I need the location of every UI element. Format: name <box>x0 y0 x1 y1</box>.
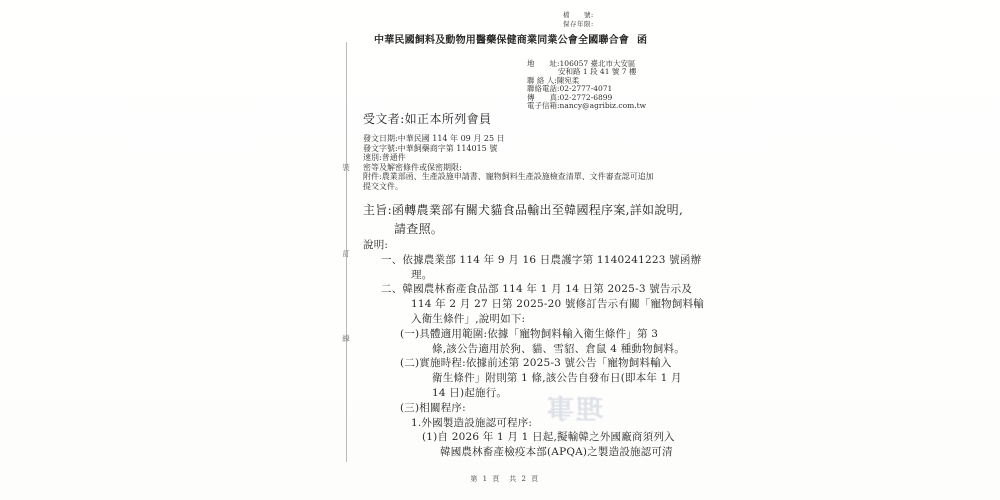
file-number-block: 檔 號: 保存年限: <box>563 11 594 28</box>
body-line: 衛生條件」附則第 1 條,該公告自發布日(即本年 1 月 <box>432 371 704 386</box>
body-line: (1)自 2026 年 1 月 1 日起,擬輸韓之外國廠商須列入 <box>422 430 704 445</box>
body-line: 入衛生條件」,說明如下: <box>411 312 704 327</box>
body-line: 理。 <box>411 268 704 283</box>
document-type: 函 <box>637 35 647 46</box>
meta-line: 發文日期:中華民國 114 年 09 月 25 日 <box>363 134 654 144</box>
binding-mark-ding: 訂 <box>340 248 352 259</box>
subject-block: 主旨:函轉農業部有關犬貓食品輸出至韓國程序案,詳如說明, 請查照。 <box>363 201 683 239</box>
ink-bleedthrough-text: 理事 <box>545 388 603 427</box>
document-meta-block: 發文日期:中華民國 114 年 09 月 25 日發文字號:中華飼藥商字第 11… <box>363 134 654 192</box>
body-line: (二)實施時程:依據前述第 2025-3 號公告「寵物飼料輸入 <box>400 356 704 371</box>
document-title: 中華民國飼料及動物用醫藥保健商業同業公會全國聯合會函 <box>374 31 634 46</box>
meta-line: 發文字號:中華飼藥商字第 114015 號 <box>363 144 654 154</box>
file-number-label: 檔 號: <box>563 11 594 20</box>
meta-line: 密等及解密條件或保密期限: <box>363 163 654 173</box>
meta-line: 速別:普通件 <box>363 153 654 163</box>
explanation-body: 說明:一、依據農業部 114 年 9 月 16 日農護字第 1140241223… <box>363 238 704 460</box>
meta-line: 提交文件。 <box>363 182 654 192</box>
body-line: 二、韓國農林畜產食品部 114 年 1 月 14 日第 2025-3 號告示及 <box>381 282 704 297</box>
body-line: 說明: <box>363 238 704 253</box>
body-line: 條,該公告適用於狗、貓、雪貂、倉鼠 4 種動物飼料。 <box>432 342 704 357</box>
subject-line: 主旨:函轉農業部有關犬貓食品輸出至韓國程序案,詳如說明, <box>363 201 683 220</box>
subject-continuation: 請查照。 <box>394 220 683 239</box>
body-line: 一、依據農業部 114 年 9 月 16 日農護字第 1140241223 號函… <box>381 253 704 268</box>
contact-line: 電子信箱:nancy@agribiz.com.tw <box>527 102 646 110</box>
binding-mark-zhuang: 裝 <box>340 162 352 173</box>
body-line: 114 年 2 月 27 日第 2025-20 號修訂告示有關「寵物飼料輸 <box>411 297 704 312</box>
retention-period-label: 保存年限: <box>563 20 594 29</box>
recipient-line: 受文者:如正本所列會員 <box>363 110 491 127</box>
binding-mark-xian: 線 <box>340 333 352 344</box>
scanned-official-letter: 檔 號: 保存年限: 中華民國飼料及動物用醫藥保健商業同業公會全國聯合會函 裝 … <box>0 0 1000 500</box>
body-line: (一)具體適用範圍:依據「寵物飼料輸入衛生條件」第 3 <box>400 327 704 342</box>
meta-line: 附件:農業部函、生產設施申請書、寵物飼料生產設施檢查清單、文件審查認可追加 <box>363 172 654 182</box>
page-number-footer: 第 1 頁 共 2 頁 <box>440 474 570 484</box>
body-line: 韓國農林畜產檢疫本部(APQA)之製造設施認可清 <box>440 445 704 460</box>
issuing-organization: 中華民國飼料及動物用醫藥保健商業同業公會全國聯合會 <box>374 35 629 46</box>
contact-info-block: 地 址:106057 臺北市大安區安和路 1 段 41 號 7 樓聯 絡 人:陳… <box>527 60 646 110</box>
